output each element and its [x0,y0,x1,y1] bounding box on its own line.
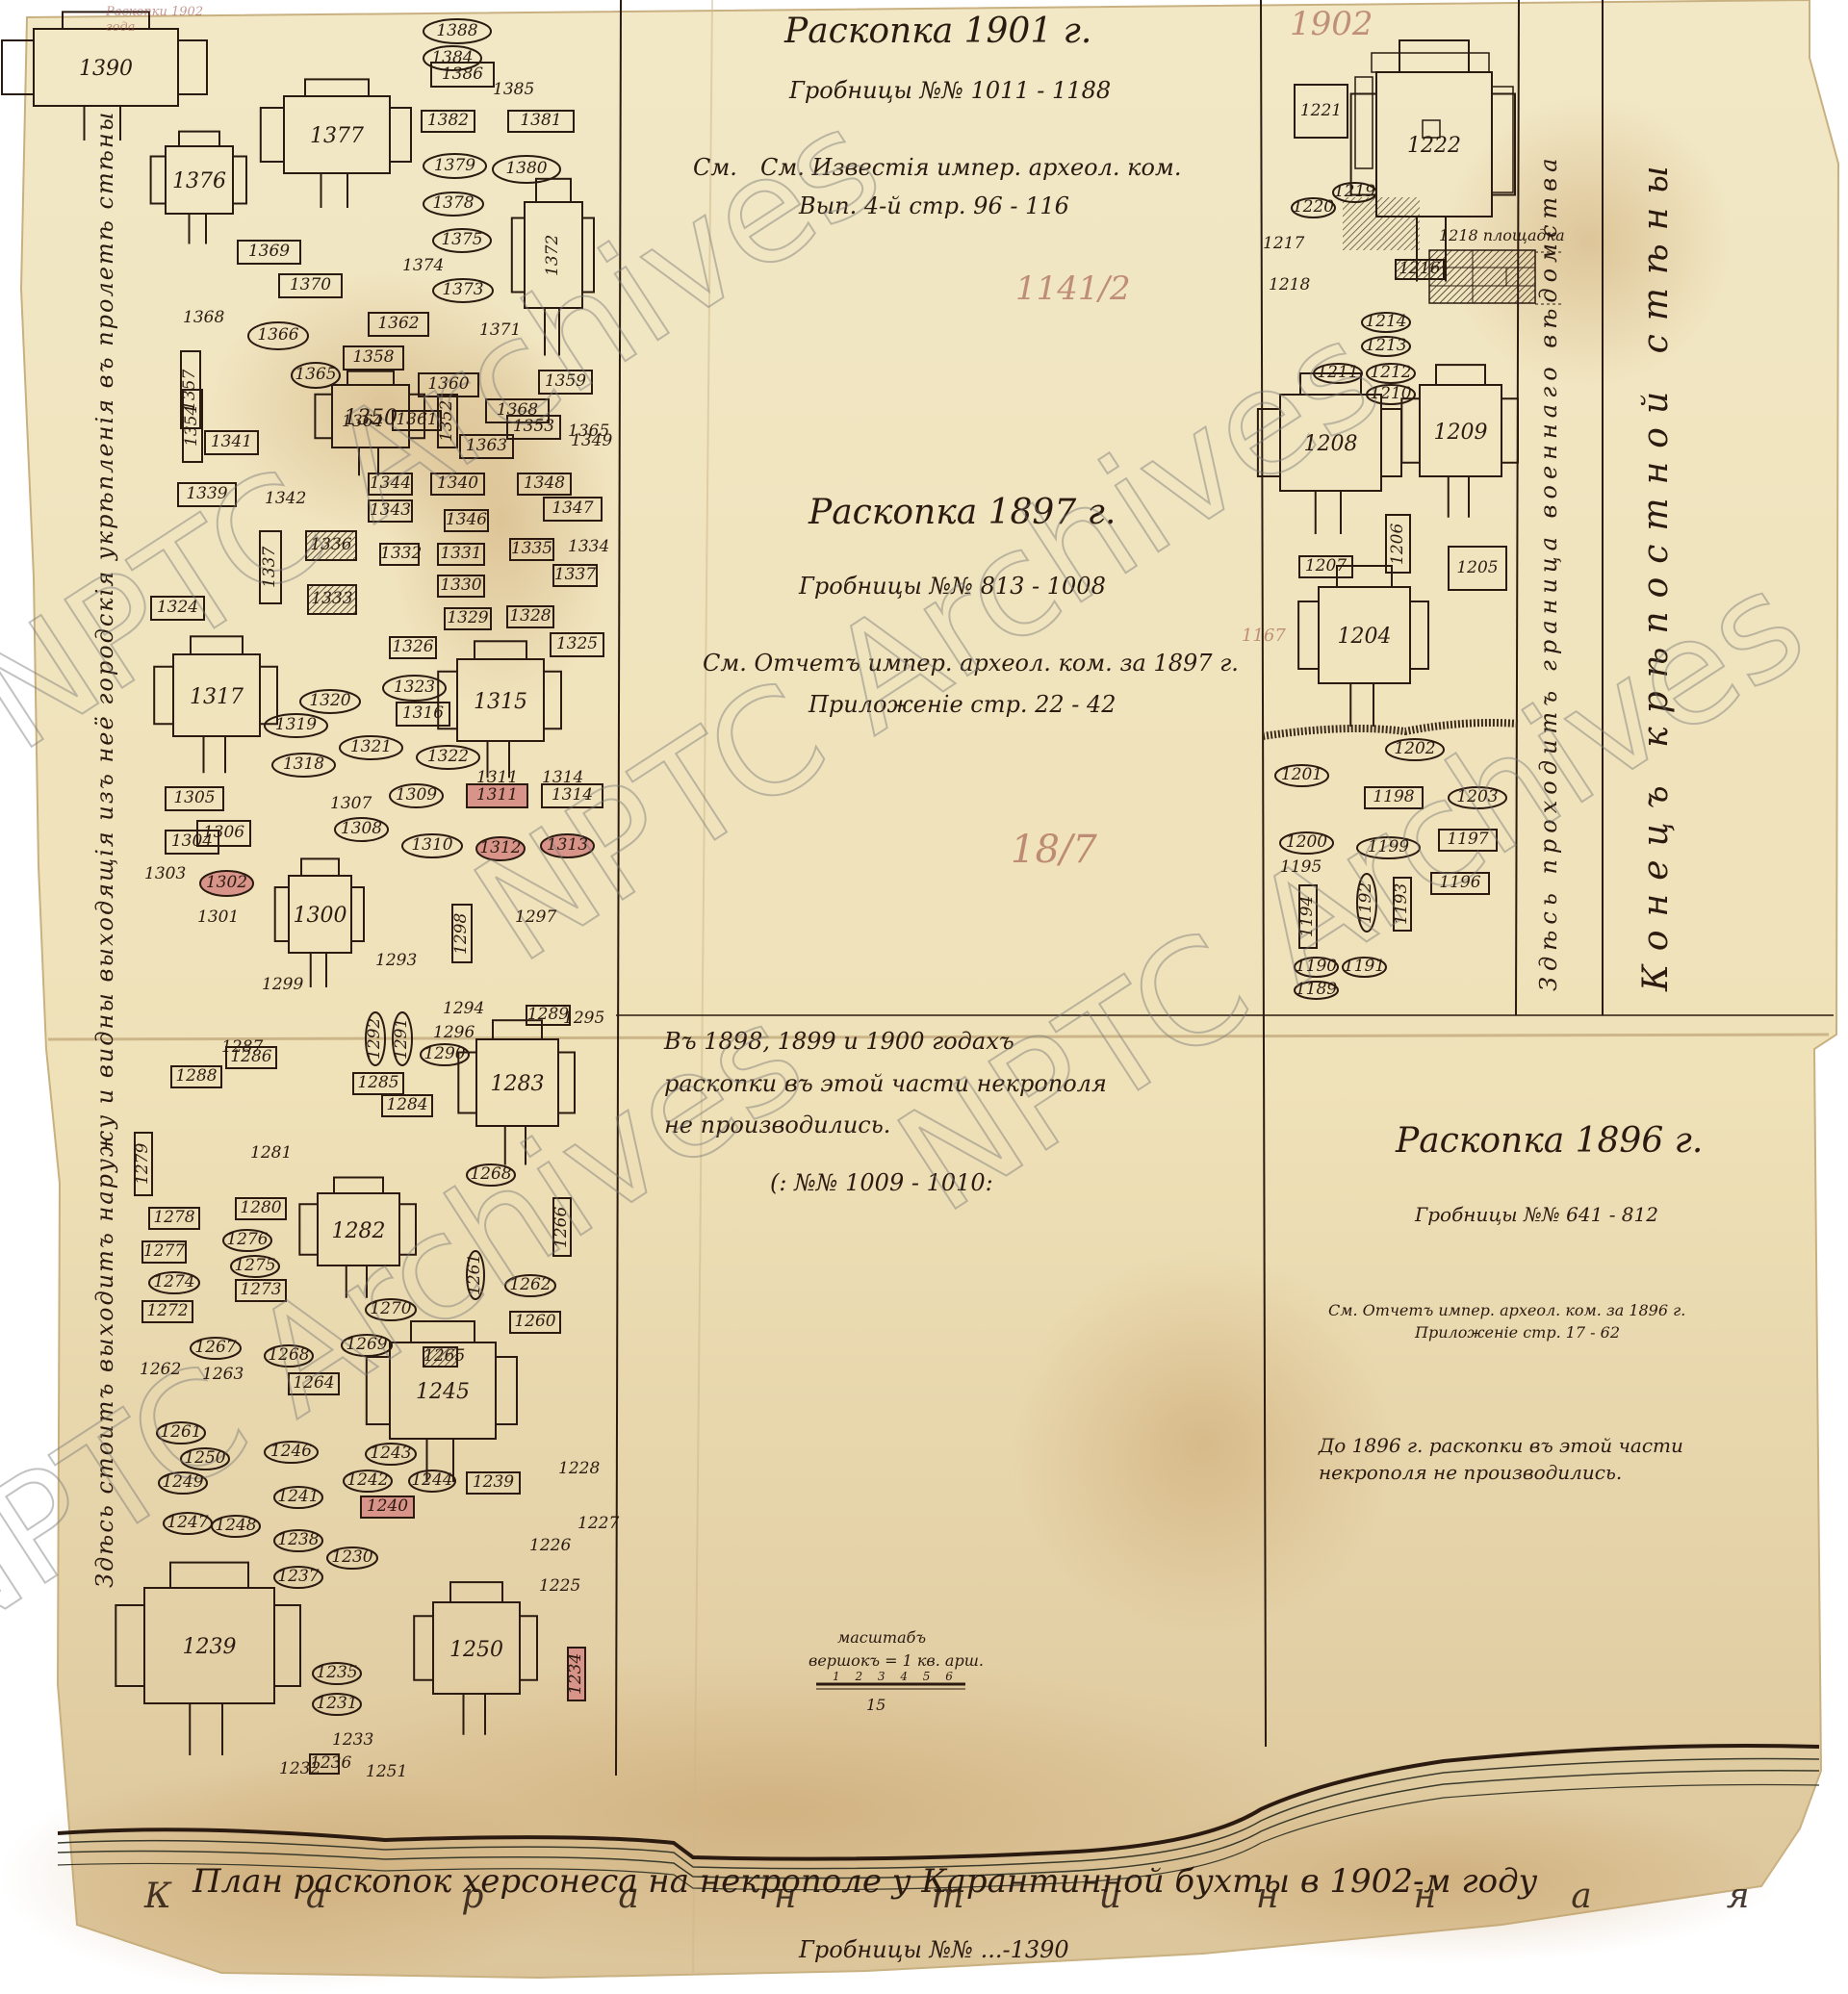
tomb-number-label: 1234 [568,1651,585,1697]
tomb-number-label: 1341 [205,434,258,450]
tomb-number-label: 1192 [1358,878,1375,928]
tomb-number-label: 1378 [423,195,483,212]
tomb-number-label: 1362 [369,316,428,332]
tomb-number-label: 1386 [431,66,494,83]
tomb-number-label: 1244 [409,1472,455,1489]
tomb-number-label: 1231 [313,1696,361,1712]
tomb-number-label: 1311 [467,787,527,804]
tomb-number-label: 1228 [558,1461,616,1477]
tomb-number-label: 1379 [423,158,486,174]
tomb-number-label: 1198 [1365,789,1423,805]
tomb-number-label: 1342 [265,491,322,507]
tomb-number-label: 1273 [236,1282,286,1298]
tomb-number-label: 1245 [390,1382,496,1403]
pencil-note-top: Раскопки 1902 года [106,5,231,35]
tomb-number-label: 1284 [382,1097,432,1113]
tomb-number-label: 1297 [515,909,573,926]
tomb-number-label: 1261 [467,1255,484,1295]
tomb-number-label: 1238 [274,1532,322,1548]
tomb-number-label: 1352 [439,398,456,444]
tomb-number-label: 1202 [1386,741,1444,757]
tomb-number-label: 1208 [1280,434,1381,455]
tomb-number-label: 1277 [142,1243,186,1260]
tomb-number-label: 1373 [433,282,493,298]
tomb-number-label: 1263 [202,1367,260,1383]
tomb-number-label: 1237 [274,1569,322,1585]
tomb-number-label: 1268 [265,1347,313,1364]
tomb-number-label: 1199 [1357,839,1420,856]
tomb-number-label: 1320 [300,693,360,709]
tomb-number-label: 1285 [353,1075,403,1091]
tomb-number-label: 1301 [197,909,255,926]
tomb-number-label: 1261 [157,1424,205,1441]
tomb-number-label: 1210 [1367,386,1415,402]
tomb-number-label: 1326 [390,639,436,655]
tomb-number-label: 1241 [274,1489,322,1505]
tomb-number-label: 1217 [1263,236,1321,252]
tomb-number-label: 1211 [1314,365,1362,381]
tomb-number-label: 1212 [1367,365,1415,381]
tomb-number-label: 1236 [310,1755,339,1772]
tomb-number-label: 1343 [369,502,412,519]
tomb-number-label: 1272 [142,1303,192,1319]
tomb-number-label: 1191 [1343,959,1386,975]
tomb-number-label: 1216 [1396,261,1444,277]
tomb-number-label: 1235 [313,1665,361,1681]
tomb-number-label: 1380 [493,161,560,177]
tomb-number-label: 1269 [342,1337,392,1353]
tomb-number-label: 1296 [433,1025,491,1041]
tomb-number-label: 1207 [1299,558,1352,575]
document-subtitle: Гробницы №№ ...-1390 [799,1936,1069,1963]
tomb-number-label: 1275 [231,1258,279,1274]
tomb-number-label: 1329 [445,610,491,626]
tomb-number-label: 1319 [265,717,327,733]
section-1896-title: Раскопка 1896 г. [1396,1121,1703,1161]
tomb-number-label: 1282 [318,1221,399,1242]
tomb-number-label: 1268 [467,1166,515,1183]
document-title: План раскопок херсонеса на некрополе у К… [192,1862,1537,1901]
tomb-number-label: 1346 [445,512,488,528]
tomb-number-label: 1390 [34,59,178,80]
tomb-number-label: 1220 [1292,199,1335,216]
tomb-number-label: 1219 [1333,184,1376,200]
tomb-number-label: 1250 [181,1450,229,1467]
tomb-1222 [1351,40,1515,282]
tomb-number-label: 1365 [292,367,340,383]
tomb-number-label: 1262 [140,1362,197,1378]
tomb-number-label: 1288 [171,1068,221,1085]
tomb-number-label: 1214 [1362,314,1410,330]
tomb-number-label: 1197 [1439,831,1497,848]
tomb-number-label: 1267 [191,1340,241,1356]
tomb-number-label: 1194 [1299,889,1317,944]
tomb-number-label: 1385 [493,82,551,98]
tomb-number-label: 1274 [149,1274,199,1291]
tomb-number-label: 1196 [1431,875,1489,891]
tomb-number-label: 1354 [184,394,201,458]
pencil-note-187: 18/7 [1011,828,1097,872]
tomb-number-label: 1369 [238,243,300,260]
tomb-number-label: 1318 [272,756,335,773]
tomb-number-label: 1334 [568,539,626,555]
tomb-number-label: 1305 [166,790,223,806]
tomb-number-label: 1193 [1394,882,1411,927]
tomb-number-label: 1262 [505,1277,555,1293]
tomb-number-label: 1251 [366,1764,423,1780]
tomb-number-label: 1294 [443,1001,500,1017]
tomb-number-label: 1209 [1420,422,1501,444]
section-1896-line2: См. Отчетъ импер. археол. ком. за 1896 г… [1328,1301,1685,1319]
tomb-number-label: 1239 [467,1474,520,1491]
tomb-number-label: 1200 [1280,834,1333,851]
tomb-number-label: 1292 [367,1016,384,1061]
pencil-note-1141: 1141/2 [1015,269,1131,308]
tomb-number-label: 1330 [438,577,484,594]
pencil-note-1902: 1902 [1290,5,1373,43]
tomb-number-label: 1246 [265,1444,318,1460]
tomb-number-label: 1336 [306,537,356,553]
tomb-number-label: 1239 [144,1637,274,1658]
tomb-number-label: 1323 [383,679,446,696]
tomb-number-label: 1242 [344,1472,392,1489]
section-1896-line5: некрополя не производились. [1319,1461,1622,1484]
tomb-number-label: 1278 [149,1210,199,1226]
tomb-number-label: 1388 [423,23,491,39]
tomb-number-label: 1290 [421,1046,469,1062]
tomb-number-label: 1314 [542,770,600,786]
tomb-plan-layer [0,0,1848,1994]
left-margin-note: Здѣсь стоитъ выходитъ наружу и видны вых… [91,135,118,1588]
tomb-number-label: 1358 [344,349,403,366]
tomb-number-label: 1286 [226,1049,276,1065]
tomb-number-label: 1190 [1295,959,1338,975]
tomb-number-label: 1375 [433,232,491,248]
tomb-number-label: 1372 [545,206,562,304]
tomb-number-label: 1270 [366,1301,416,1317]
tomb-number-label: 1276 [223,1232,271,1248]
tomb-number-label: 1280 [236,1200,286,1216]
tomb-number-label: 1353 [507,419,560,435]
tomb-number-label: 1348 [518,475,571,492]
tomb-number-label: 1249 [159,1474,207,1491]
tomb-number-label: 1260 [510,1314,560,1330]
tomb-number-label: 1247 [164,1515,212,1531]
tomb-number-label: 1360 [419,376,478,393]
platform-label: 1218 площадка [1439,226,1565,244]
scale-ticks: 1 2 3 4 5 6 [833,1670,959,1683]
tomb-number-label: 1225 [539,1578,597,1595]
tomb-number-label: 1381 [508,113,574,129]
tomb-number-label: 1316 [397,705,449,722]
tomb-number-label: 1203 [1449,789,1506,805]
tomb-number-label: 1315 [457,692,544,713]
tomb-number-label: 1312 [476,840,525,856]
tomb-number-label: 1347 [544,500,602,517]
tomb-number-label: 1313 [541,837,594,854]
tomb-number-label: 1298 [453,908,471,959]
tomb-number-label: 1321 [340,739,402,755]
tomb-number-label: 1205 [1449,560,1506,576]
tomb-number-label: 1281 [250,1145,308,1162]
tomb-number-label: 1289 [526,1007,570,1023]
tomb-number-label: 1279 [135,1137,152,1191]
tomb-number-label: 1265 [423,1348,457,1365]
tomb-number-label: 1230 [327,1549,377,1566]
tomb-number-label: 1295 [563,1010,621,1027]
tomb-number-label: 1377 [284,126,390,147]
tomb-number-label: 1307 [330,796,388,812]
tomb-number-label: 1308 [335,821,388,837]
scale-label: масштабъ [837,1628,926,1647]
tomb-number-label: 1382 [422,113,475,129]
tomb-number-label: 1350 [332,408,409,429]
tomb-number-label: 1333 [308,591,356,607]
tomb-number-label: 1243 [366,1445,416,1462]
tomb-number-label: 1226 [529,1538,587,1554]
tomb-number-label: 1337 [262,535,279,600]
section-1901-line1: Гробницы №№ 1011 - 1188 [789,77,1111,104]
tomb-number-label: 1264 [289,1375,339,1392]
tomb-number-label: 1374 [402,258,460,274]
tomb-number-label: 1221 [1295,103,1347,119]
tomb-number-label: 1339 [178,486,236,502]
tomb-number-label: 1335 [510,541,553,557]
section-1896-line1: Гробницы №№ 641 - 812 [1415,1203,1658,1226]
right-margin-note-2: Конецъ крѣпостной стѣны [1636,125,1676,991]
tomb-number-label: 1370 [279,277,342,294]
tomb-number-label: 1189 [1295,982,1338,998]
section-1901-title: Раскопка 1901 г. [784,12,1091,51]
tomb-number-label: 1240 [361,1498,414,1515]
tomb-number-label: 1201 [1275,767,1328,783]
tomb-number-label: 1332 [380,546,419,562]
tomb-number-label: 1222 [1376,136,1492,157]
tomb-number-label: 1344 [369,475,412,492]
section-1896-line4: До 1896 г. раскопки въ этой части [1319,1434,1683,1457]
tomb-number-label: 1233 [332,1732,390,1749]
section-1896-line3: Приложеніе стр. 17 - 62 [1415,1323,1620,1342]
tomb-number-label: 1371 [479,322,537,339]
tomb-number-label: 1302 [200,875,253,891]
tomb-number-label: 1206 [1390,519,1407,569]
archival-map-sheet: Раскопка 1901 г. Гробницы №№ 1011 - 1188… [0,0,1848,1994]
tomb-number-label: 1266 [553,1202,571,1252]
tomb-number-label: 1325 [551,636,603,652]
tomb-number-label: 1291 [394,1016,411,1061]
tomb-number-label: 1304 [166,833,218,850]
tomb-number-label: 1311 [476,770,534,786]
tomb-number-label: 1328 [507,608,553,625]
tomb-number-label: 1195 [1280,859,1338,876]
tomb-number-label: 1310 [402,837,462,854]
scale-end: 15 [866,1696,885,1714]
tomb-number-label: 1283 [476,1074,558,1095]
tomb-number-label: 1340 [431,475,484,492]
tomb-number-label: 1324 [151,600,204,616]
tomb-number-label: 1384 [423,50,481,66]
tomb-number-label: 1299 [262,977,320,993]
tomb-number-label: 1300 [289,906,351,927]
tomb-number-label: 1331 [438,546,484,562]
tomb-number-label: 1317 [173,687,260,708]
tomb-number-label: 1248 [212,1518,260,1534]
tomb-number-label: 1376 [166,171,233,192]
tomb-number-label: 1213 [1362,338,1410,354]
tomb-number-label: 1368 [183,310,241,326]
tomb-number-label: 1349 [571,433,629,449]
pencil-note-1167: 1167 [1242,626,1286,646]
tomb-number-label: 1366 [248,327,308,344]
tomb-number-label: 1337 [553,567,597,583]
tomb-number-label: 1322 [417,749,479,765]
tomb-number-label: 1227 [577,1516,635,1532]
tomb-number-label: 1309 [390,787,443,804]
tomb-number-label: 1359 [539,373,592,390]
tomb-number-label: 1303 [144,866,202,882]
tomb-number-label: 1293 [375,953,433,969]
tomb-number-label: 1250 [433,1640,520,1661]
tomb-number-label: 1204 [1319,626,1410,648]
tomb-number-label: 1218 [1269,277,1326,294]
scale-value: вершокъ = 1 кв. арш. [808,1651,984,1670]
tomb-number-label: 1314 [542,787,603,804]
tomb-number-label: 1363 [460,438,513,454]
